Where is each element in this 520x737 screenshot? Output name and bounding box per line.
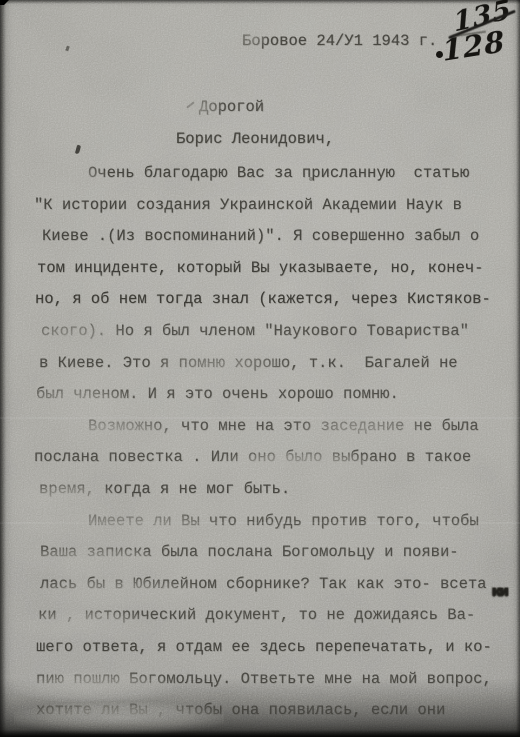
letter-line: время, когда я не мог быть. — [39, 474, 520, 506]
letter-line: послана повестка . Или оно было выбрано … — [34, 442, 520, 474]
paper-crease — [0, 417, 520, 419]
ink-fleck — [309, 177, 313, 181]
letter-line: том инциденте, который Вы указываете, но… — [37, 253, 520, 285]
overstruck-characters: ки — [492, 577, 507, 609]
salutation-line-2: Борис Леонидович, — [176, 124, 334, 156]
letter-line: Возможно, что мне на это заседание не бы… — [34, 411, 520, 443]
scanned-letter-page: Боровое 24/У1 1943 г. 135 128 Дорогой Бо… — [0, 0, 520, 737]
letter-line: был членом. И я это очень хорошо помню. — [36, 379, 520, 411]
letter-line: в Киеве. Это я помню хорошо, т.к. Багале… — [39, 348, 520, 380]
letter-body: Очень благодарю Вас за присланную статью… — [34, 158, 520, 727]
ink-dot — [436, 51, 443, 58]
letter-line: ки , исторический документ, то не дожида… — [38, 600, 520, 632]
ink-fleck — [65, 46, 70, 52]
letter-line: лась бы в Юбилейном сборнике? Так как эт… — [40, 569, 520, 601]
ink-fleck — [75, 145, 81, 155]
scan-corner-notch — [0, 0, 14, 5]
letter-line: Очень благодарю Вас за присланную статью — [34, 158, 520, 190]
letter-line: пию пошлю Богомольцу. Ответьте мне на мо… — [36, 664, 520, 696]
letter-line: Киеве .(Из воспоминаний)". Я совершенно … — [42, 221, 520, 253]
letter-line: Ваша записка была послана Богомольцу и п… — [40, 537, 520, 569]
letter-line: ского). Но я был членом "Наукового Товар… — [41, 316, 520, 348]
page-number: 128 — [441, 24, 507, 68]
dateline: Боровое 24/У1 1943 г. — [242, 26, 437, 58]
ink-fleck — [186, 101, 194, 108]
letter-line: "К истории создания Украинской Академии … — [34, 190, 520, 222]
letter-line: хотите ли Вы , чтобы она появилась, если… — [36, 695, 520, 727]
paper-crease — [0, 522, 520, 524]
letter-line: но, я об нем тогда знал (кажется, через … — [35, 284, 520, 316]
letter-line: шего ответа, я отдам ее здесь перепечата… — [36, 632, 520, 664]
salutation-line-1: Дорогой — [199, 92, 264, 124]
